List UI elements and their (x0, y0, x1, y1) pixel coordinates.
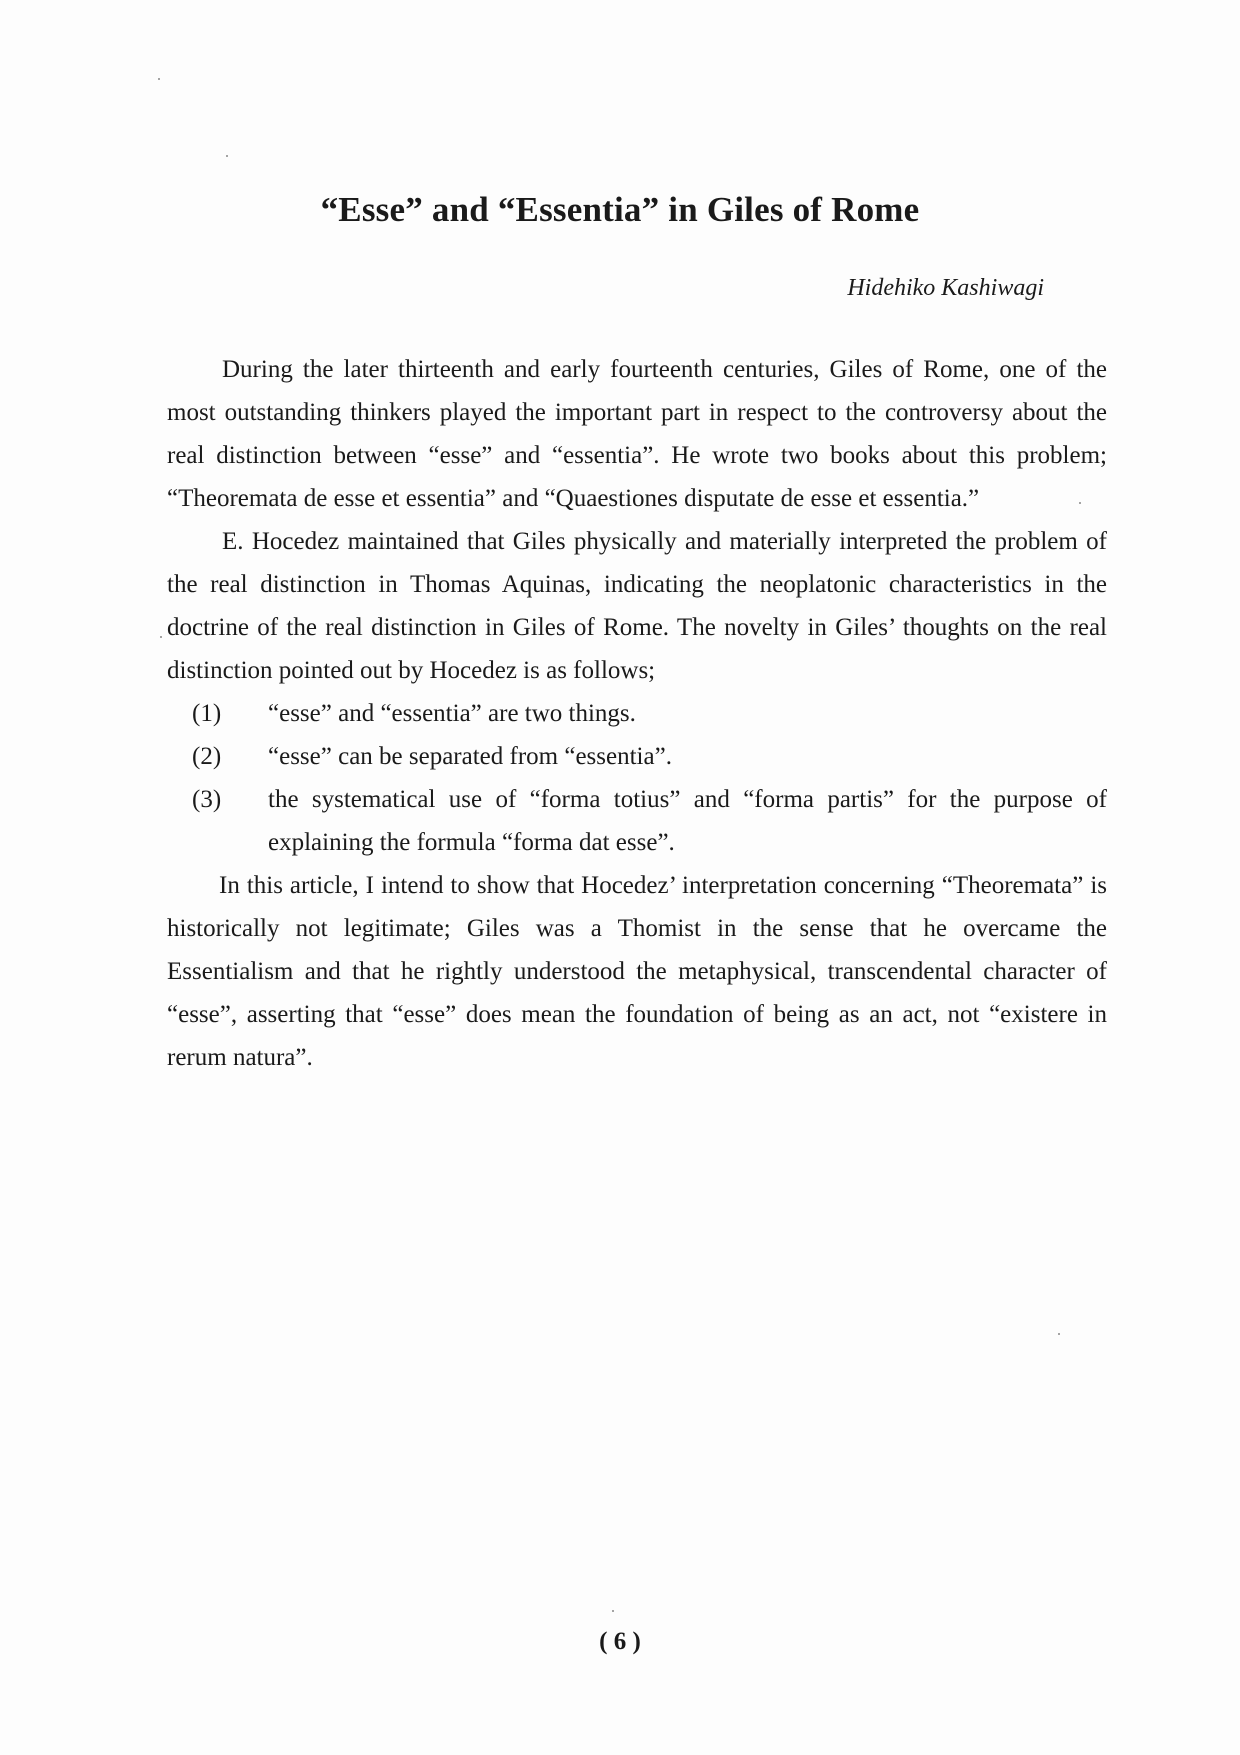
scan-speck (226, 155, 228, 157)
list-item-number: (1) (192, 692, 221, 735)
scan-speck (1079, 502, 1081, 504)
list-item: (2) “esse” can be separated from “essent… (167, 735, 1107, 778)
list-item-number: (2) (192, 735, 221, 778)
list-item-number: (3) (192, 778, 221, 821)
scan-speck (158, 78, 160, 80)
list-item: (1) “esse” and “essentia” are two things… (167, 692, 1107, 735)
list-item-text: “esse” and “essentia” are two things. (268, 700, 636, 727)
scan-speck (160, 636, 162, 638)
article-title: “Esse” and “Essentia” in Giles of Rome (0, 190, 1240, 230)
scan-speck (612, 1610, 614, 1612)
list-item-text: “esse” can be separated from “essentia”. (268, 743, 672, 770)
novelty-list: (1) “esse” and “essentia” are two things… (167, 692, 1107, 864)
scan-speck (1058, 1333, 1060, 1335)
paragraph-hocedez: E. Hocedez maintained that Giles physica… (167, 520, 1107, 692)
list-item-text: the systematical use of “forma totius” a… (268, 786, 1107, 856)
paragraph-intro: During the later thirteenth and early fo… (167, 348, 1107, 520)
article-author: Hidehiko Kashiwagi (847, 275, 1044, 302)
document-page: “Esse” and “Essentia” in Giles of Rome H… (0, 0, 1240, 1755)
article-body: During the later thirteenth and early fo… (167, 348, 1107, 1079)
paragraph-thesis: In this article, I intend to show that H… (167, 864, 1107, 1079)
page-number: ( 6 ) (0, 1628, 1240, 1656)
list-item: (3) the systematical use of “forma totiu… (167, 778, 1107, 864)
